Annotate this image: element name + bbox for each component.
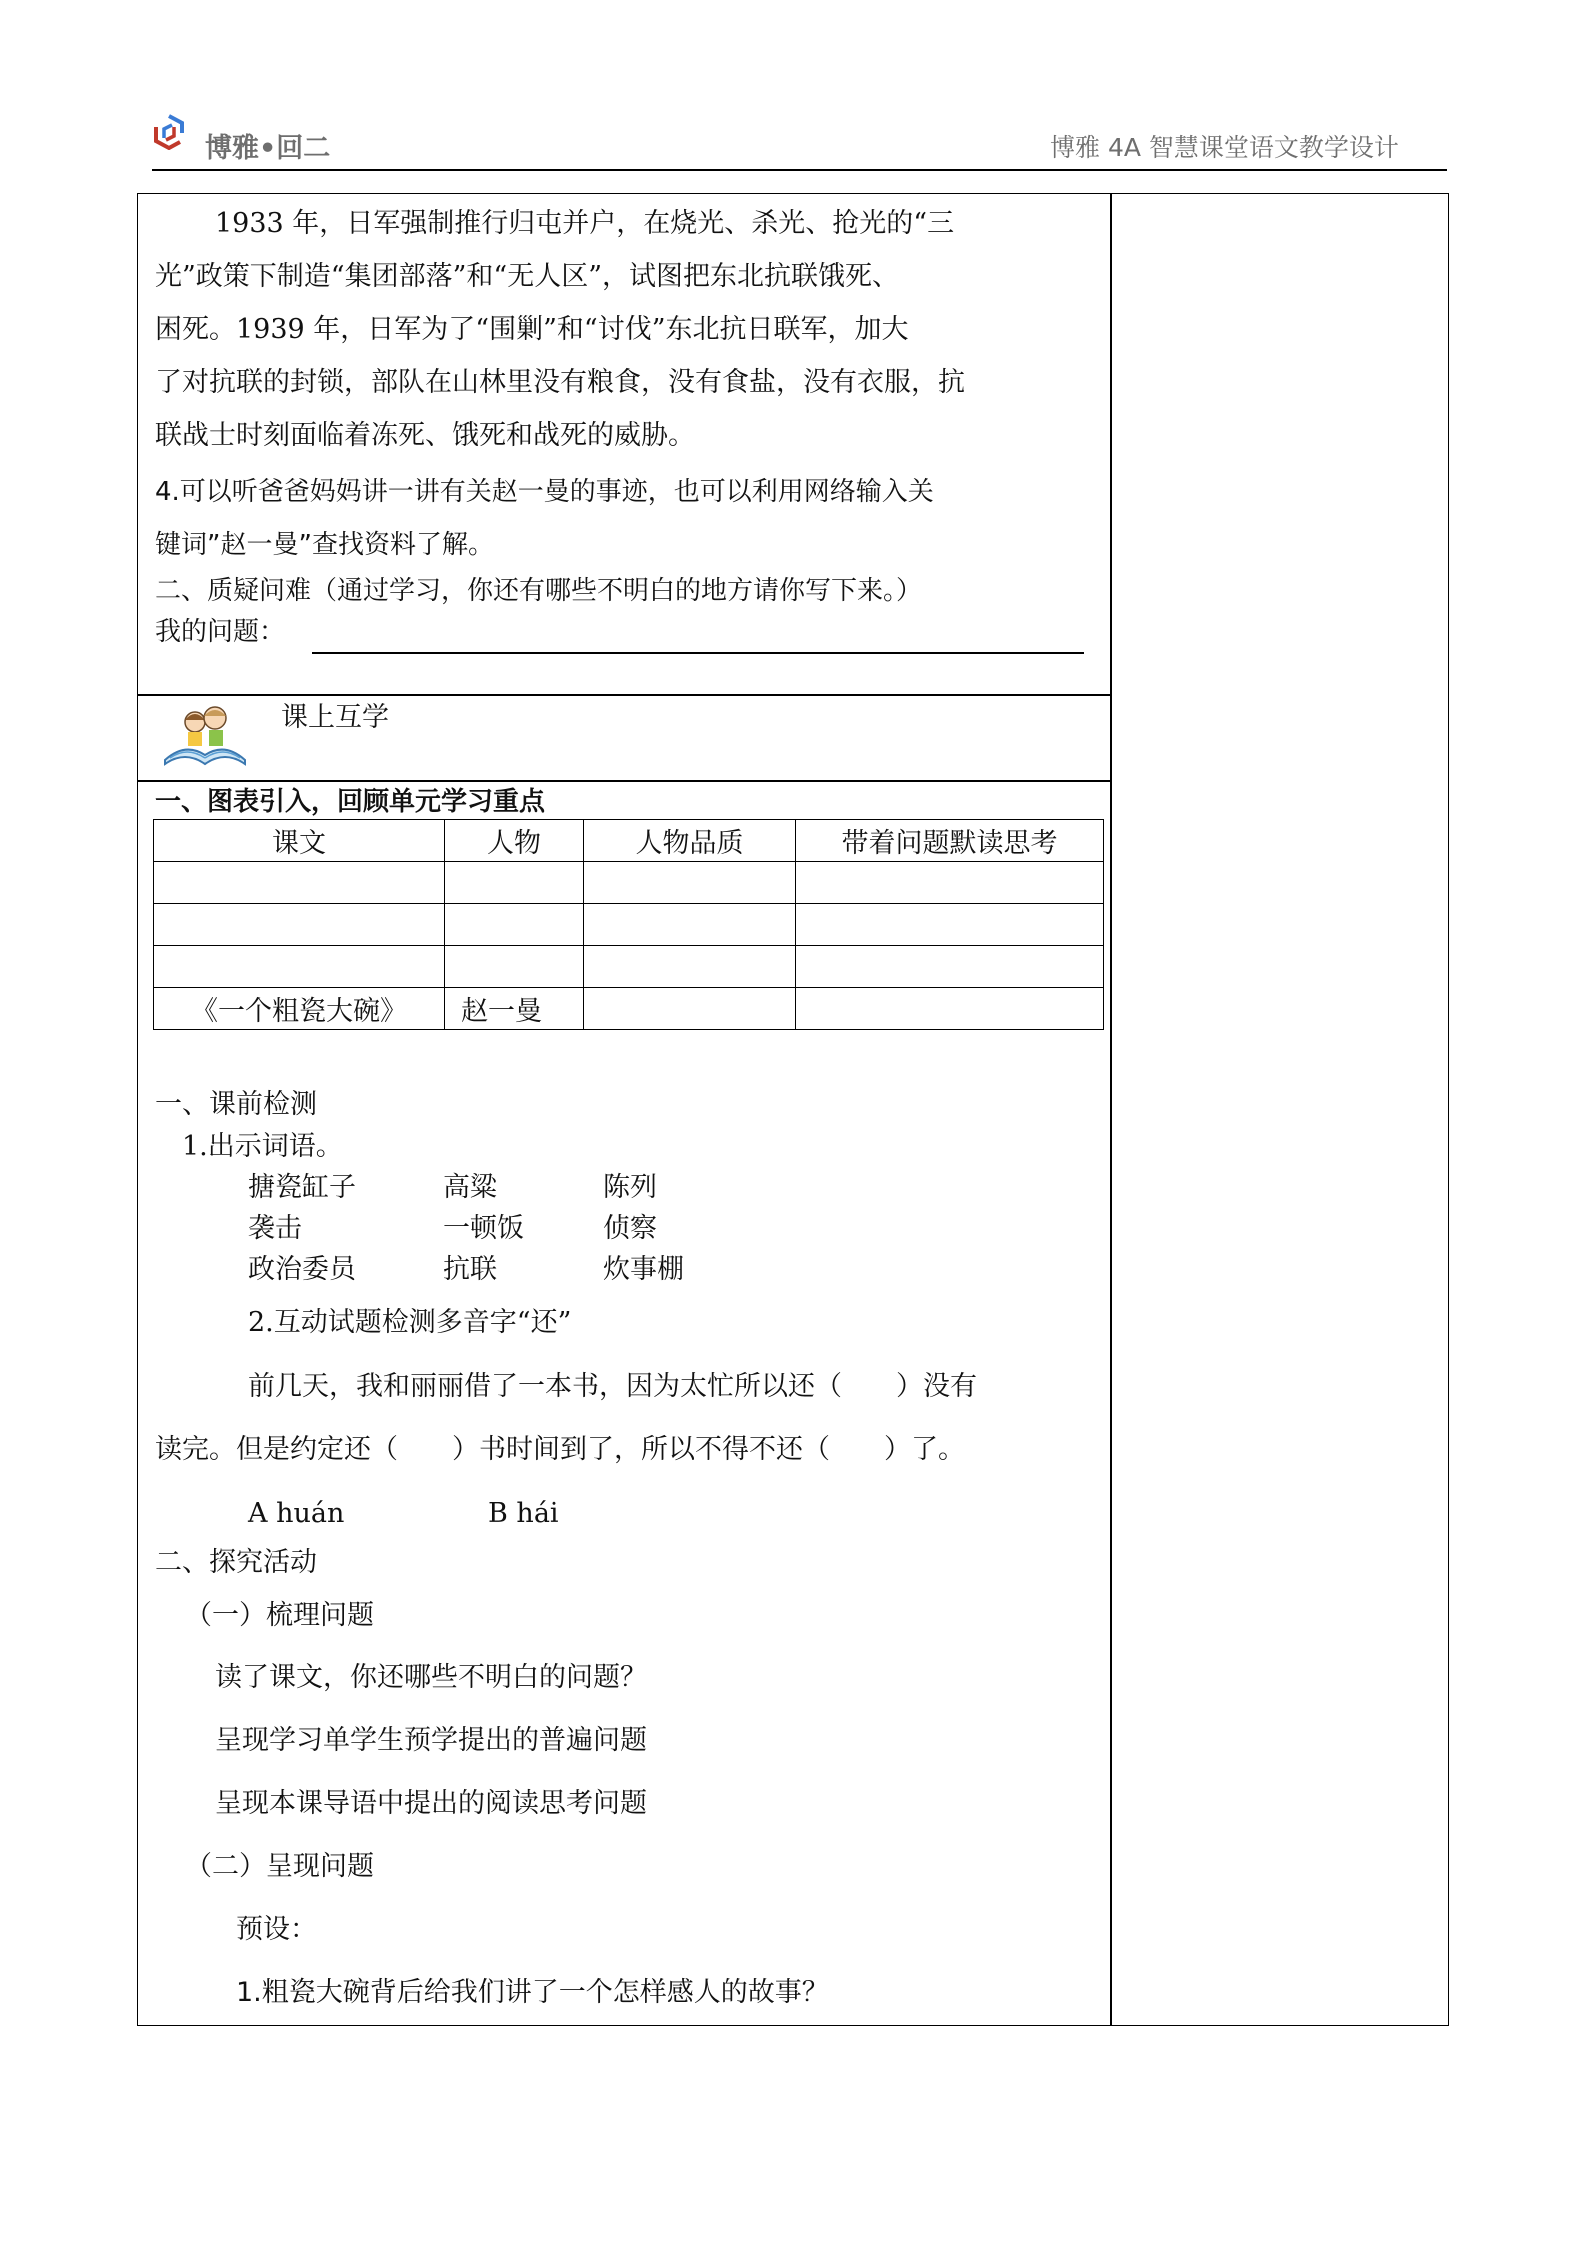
my-question-label: 我的问题： <box>155 614 285 650</box>
question-heading: 二、质疑问难（通过学习，你还有哪些不明白的地方请你写下来。） <box>155 573 922 609</box>
section-title-in-class: 课上互学 <box>281 700 389 736</box>
col-header-text: 课文 <box>154 820 445 862</box>
table-row <box>154 904 1104 946</box>
table-cell[interactable] <box>796 862 1104 904</box>
row-divider-2 <box>137 780 1111 782</box>
word: 侦察 <box>603 1211 657 1247</box>
table-cell[interactable] <box>154 862 445 904</box>
my-question-answer-line[interactable] <box>312 652 1084 654</box>
fill-blank-sentence-line-2: 读完。但是约定还（ ）书时间到了，所以不得不还（ ）了。 <box>155 1432 965 1468</box>
row-divider-1 <box>137 694 1111 696</box>
fill-blank-sentence-line-1: 前几天，我和丽丽借了一本书，因为太忙所以还（ ）没有 <box>248 1369 977 1405</box>
table-cell[interactable] <box>584 862 796 904</box>
table-cell[interactable] <box>154 904 445 946</box>
table-cell[interactable] <box>584 904 796 946</box>
paragraph-line-2: 光”政策下制造“集团部落”和“无人区”，试图把东北抗联饿死、 <box>155 259 899 295</box>
table-row: 《一个粗瓷大碗》 赵一曼 <box>154 988 1104 1030</box>
word: 陈列 <box>603 1170 657 1206</box>
explore-sub2: （二）呈现问题 <box>185 1849 374 1885</box>
header-rule <box>152 169 1447 171</box>
review-table: 课文 人物 人物品质 带着问题默读思考 《一个粗瓷大碗》 赵一曼 <box>153 819 1104 1030</box>
word: 一顿饭 <box>443 1211 524 1247</box>
item4-line-1: 4.可以听爸爸妈妈讲一讲有关赵一曼的事迹，也可以利用网络输入关 <box>155 474 934 510</box>
table-row <box>154 946 1104 988</box>
word: 袭击 <box>248 1211 302 1247</box>
col-header-reading-question: 带着问题默读思考 <box>796 820 1104 862</box>
table-cell[interactable] <box>796 904 1104 946</box>
paragraph-line-1: 1933 年，日军强制推行归屯并户，在烧光、杀光、抢光的“三 <box>215 206 954 242</box>
column-divider <box>1110 193 1112 2026</box>
table-cell[interactable] <box>445 904 584 946</box>
explore-sub1-line-2: 呈现学习单学生预学提出的普遍问题 <box>215 1723 647 1759</box>
paragraph-line-4: 了对抗联的封锁，部队在山林里没有粮食，没有食盐，没有衣服，抗 <box>155 365 965 401</box>
table-cell-lesson: 《一个粗瓷大碗》 <box>154 988 445 1030</box>
part1-heading: 一、图表引入，回顾单元学习重点 <box>155 784 545 820</box>
col-header-character: 人物 <box>445 820 584 862</box>
table-cell[interactable] <box>584 946 796 988</box>
document-title: 博雅 4A 智慧课堂语文教学设计 <box>1050 128 1399 164</box>
preset-label: 预设： <box>236 1912 317 1948</box>
table-cell-character: 赵一曼 <box>445 988 584 1030</box>
pretest-item2: 2.互动试题检测多音字“还” <box>248 1305 571 1341</box>
explore-sub1-line-3: 呈现本课导语中提出的阅读思考问题 <box>215 1786 647 1822</box>
table-cell[interactable] <box>445 946 584 988</box>
explore-sub1: （一）梳理问题 <box>185 1598 374 1634</box>
explore-heading: 二、探究活动 <box>155 1545 317 1581</box>
pretest-item1: 1.出示词语。 <box>182 1129 343 1165</box>
hexagon-logo-icon <box>152 114 186 150</box>
word: 政治委员 <box>248 1252 356 1288</box>
word: 搪瓷缸子 <box>248 1170 356 1206</box>
word: 高粱 <box>443 1170 497 1206</box>
word: 抗联 <box>443 1252 497 1288</box>
table-cell[interactable] <box>445 862 584 904</box>
preset-question-1: 1.粗瓷大碗背后给我们讲了一个怎样感人的故事？ <box>236 1975 829 2011</box>
table-header-row: 课文 人物 人物品质 带着问题默读思考 <box>154 820 1104 862</box>
paragraph-line-5: 联战士时刻面临着冻死、饿死和战死的威胁。 <box>155 418 695 454</box>
option-a: A huán <box>248 1496 344 1532</box>
table-cell[interactable] <box>796 946 1104 988</box>
table-cell[interactable] <box>154 946 445 988</box>
paragraph-line-3: 困死。1939 年，日军为了“围剿”和“讨伐”东北抗日联军，加大 <box>155 312 909 348</box>
brand-name: 博雅•回二 <box>205 126 330 165</box>
pretest-heading: 一、课前检测 <box>155 1087 317 1123</box>
table-cell[interactable] <box>584 988 796 1030</box>
option-b: B hái <box>488 1496 559 1532</box>
explore-sub1-line-1: 读了课文，你还哪些不明白的问题？ <box>215 1660 647 1696</box>
kids-reading-book-icon <box>160 700 250 772</box>
table-cell[interactable] <box>796 988 1104 1030</box>
table-row <box>154 862 1104 904</box>
item4-line-2: 键词”赵一曼”查找资料了解。 <box>155 527 494 563</box>
word: 炊事棚 <box>603 1252 684 1288</box>
col-header-quality: 人物品质 <box>584 820 796 862</box>
